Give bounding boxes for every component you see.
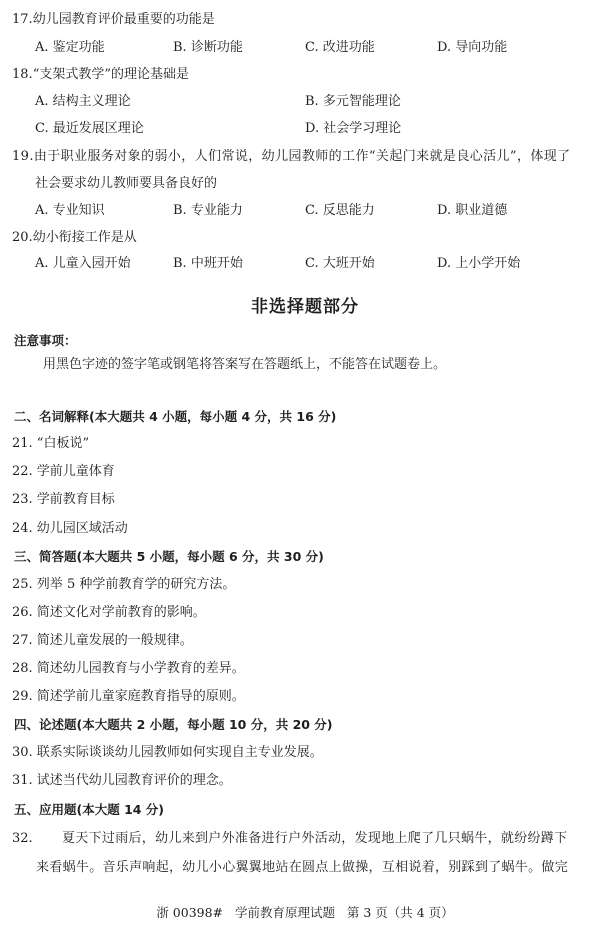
question-27: 27. 简述儿童发展的一般规律。 bbox=[12, 633, 193, 649]
question-25: 25. 列举 5 种学前教育学的研究方法。 bbox=[12, 577, 235, 593]
section-heading-5: 五、应用题(本大题 14 分) bbox=[14, 802, 164, 818]
option-20-b: B. 中班开始 bbox=[173, 256, 243, 272]
question-31: 31. 试述当代幼儿园教育评价的理念。 bbox=[12, 773, 232, 789]
page-footer: 浙 00398# 学前教育原理试题 第 3 页（共 4 页） bbox=[0, 903, 610, 921]
question-stem: 幼儿园教育评价最重要的功能是 bbox=[33, 12, 215, 27]
section-heading-2: 二、名词解释(本大题共 4 小题，每小题 4 分，共 16 分) bbox=[14, 409, 336, 425]
option-18-b: B. 多元智能理论 bbox=[305, 94, 401, 110]
question-19: 19.由于职业服务对象的弱小，人们常说，幼儿园教师的工作“关起门来就是良心活儿”… bbox=[12, 149, 571, 165]
question-17: 17.幼儿园教育评价最重要的功能是 bbox=[12, 12, 215, 28]
question-stem: 由于职业服务对象的弱小，人们常说，幼儿园教师的工作“关起门来就是良心活儿”，体现… bbox=[34, 149, 571, 164]
question-number: 17. bbox=[12, 12, 33, 27]
option-17-c: C. 改进功能 bbox=[305, 40, 375, 56]
question-32-line-2: 来看蜗牛。音乐声响起，幼儿小心翼翼地站在圆点上做操，互相说着，别踩到了蜗牛。做完 bbox=[36, 860, 568, 876]
question-18: 18.“支架式教学”的理论基础是 bbox=[12, 67, 189, 83]
part-title: 非选择题部分 bbox=[0, 292, 610, 317]
question-26: 26. 简述文化对学前教育的影响。 bbox=[12, 605, 206, 621]
section-heading-4: 四、论述题(本大题共 2 小题，每小题 10 分，共 20 分) bbox=[14, 717, 333, 733]
question-stem: 幼小衔接工作是从 bbox=[33, 230, 137, 245]
question-28: 28. 简述幼儿园教育与小学教育的差异。 bbox=[12, 661, 245, 677]
option-17-d: D. 导向功能 bbox=[437, 40, 507, 56]
question-20: 20.幼小衔接工作是从 bbox=[12, 230, 137, 246]
option-17-b: B. 诊断功能 bbox=[173, 40, 243, 56]
option-17-a: A. 鉴定功能 bbox=[35, 40, 105, 56]
question-number: 18. bbox=[12, 67, 33, 82]
section-heading-3: 三、简答题(本大题共 5 小题，每小题 6 分，共 30 分) bbox=[14, 549, 324, 565]
option-18-d: D. 社会学习理论 bbox=[305, 121, 401, 137]
option-20-a: A. 儿童入园开始 bbox=[35, 256, 131, 272]
option-20-c: C. 大班开始 bbox=[305, 256, 375, 272]
question-30: 30. 联系实际谈谈幼儿园教师如何实现自主专业发展。 bbox=[12, 745, 323, 761]
question-29: 29. 简述学前儿童家庭教育指导的原则。 bbox=[12, 689, 245, 705]
option-19-d: D. 职业道德 bbox=[437, 203, 507, 219]
question-number: 20. bbox=[12, 230, 33, 245]
question-stem: “支架式教学”的理论基础是 bbox=[33, 67, 189, 82]
option-19-c: C. 反思能力 bbox=[305, 203, 375, 219]
question-23: 23. 学前教育目标 bbox=[12, 492, 115, 508]
option-19-b: B. 专业能力 bbox=[173, 203, 243, 219]
question-24: 24. 幼儿园区域活动 bbox=[12, 521, 128, 537]
option-20-d: D. 上小学开始 bbox=[437, 256, 520, 272]
option-19-a: A. 专业知识 bbox=[35, 203, 105, 219]
question-22: 22. 学前儿童体育 bbox=[12, 464, 115, 480]
question-19-continuation: 社会要求幼儿教师要具备良好的 bbox=[35, 176, 217, 192]
question-21: 21. “白板说” bbox=[12, 436, 89, 452]
notice-heading: 注意事项： bbox=[14, 333, 77, 349]
question-32-line-1: 夏天下过雨后，幼儿来到户外准备进行户外活动，发现地上爬了几只蜗牛，就纷纷蹲下 bbox=[62, 831, 567, 847]
question-number: 19. bbox=[12, 149, 34, 164]
notice-text: 用黑色字迹的签字笔或钢笔将答案写在答题纸上，不能答在试题卷上。 bbox=[43, 357, 446, 373]
question-32-number: 32. bbox=[12, 831, 33, 847]
option-18-c: C. 最近发展区理论 bbox=[35, 121, 144, 137]
option-18-a: A. 结构主义理论 bbox=[35, 94, 131, 110]
